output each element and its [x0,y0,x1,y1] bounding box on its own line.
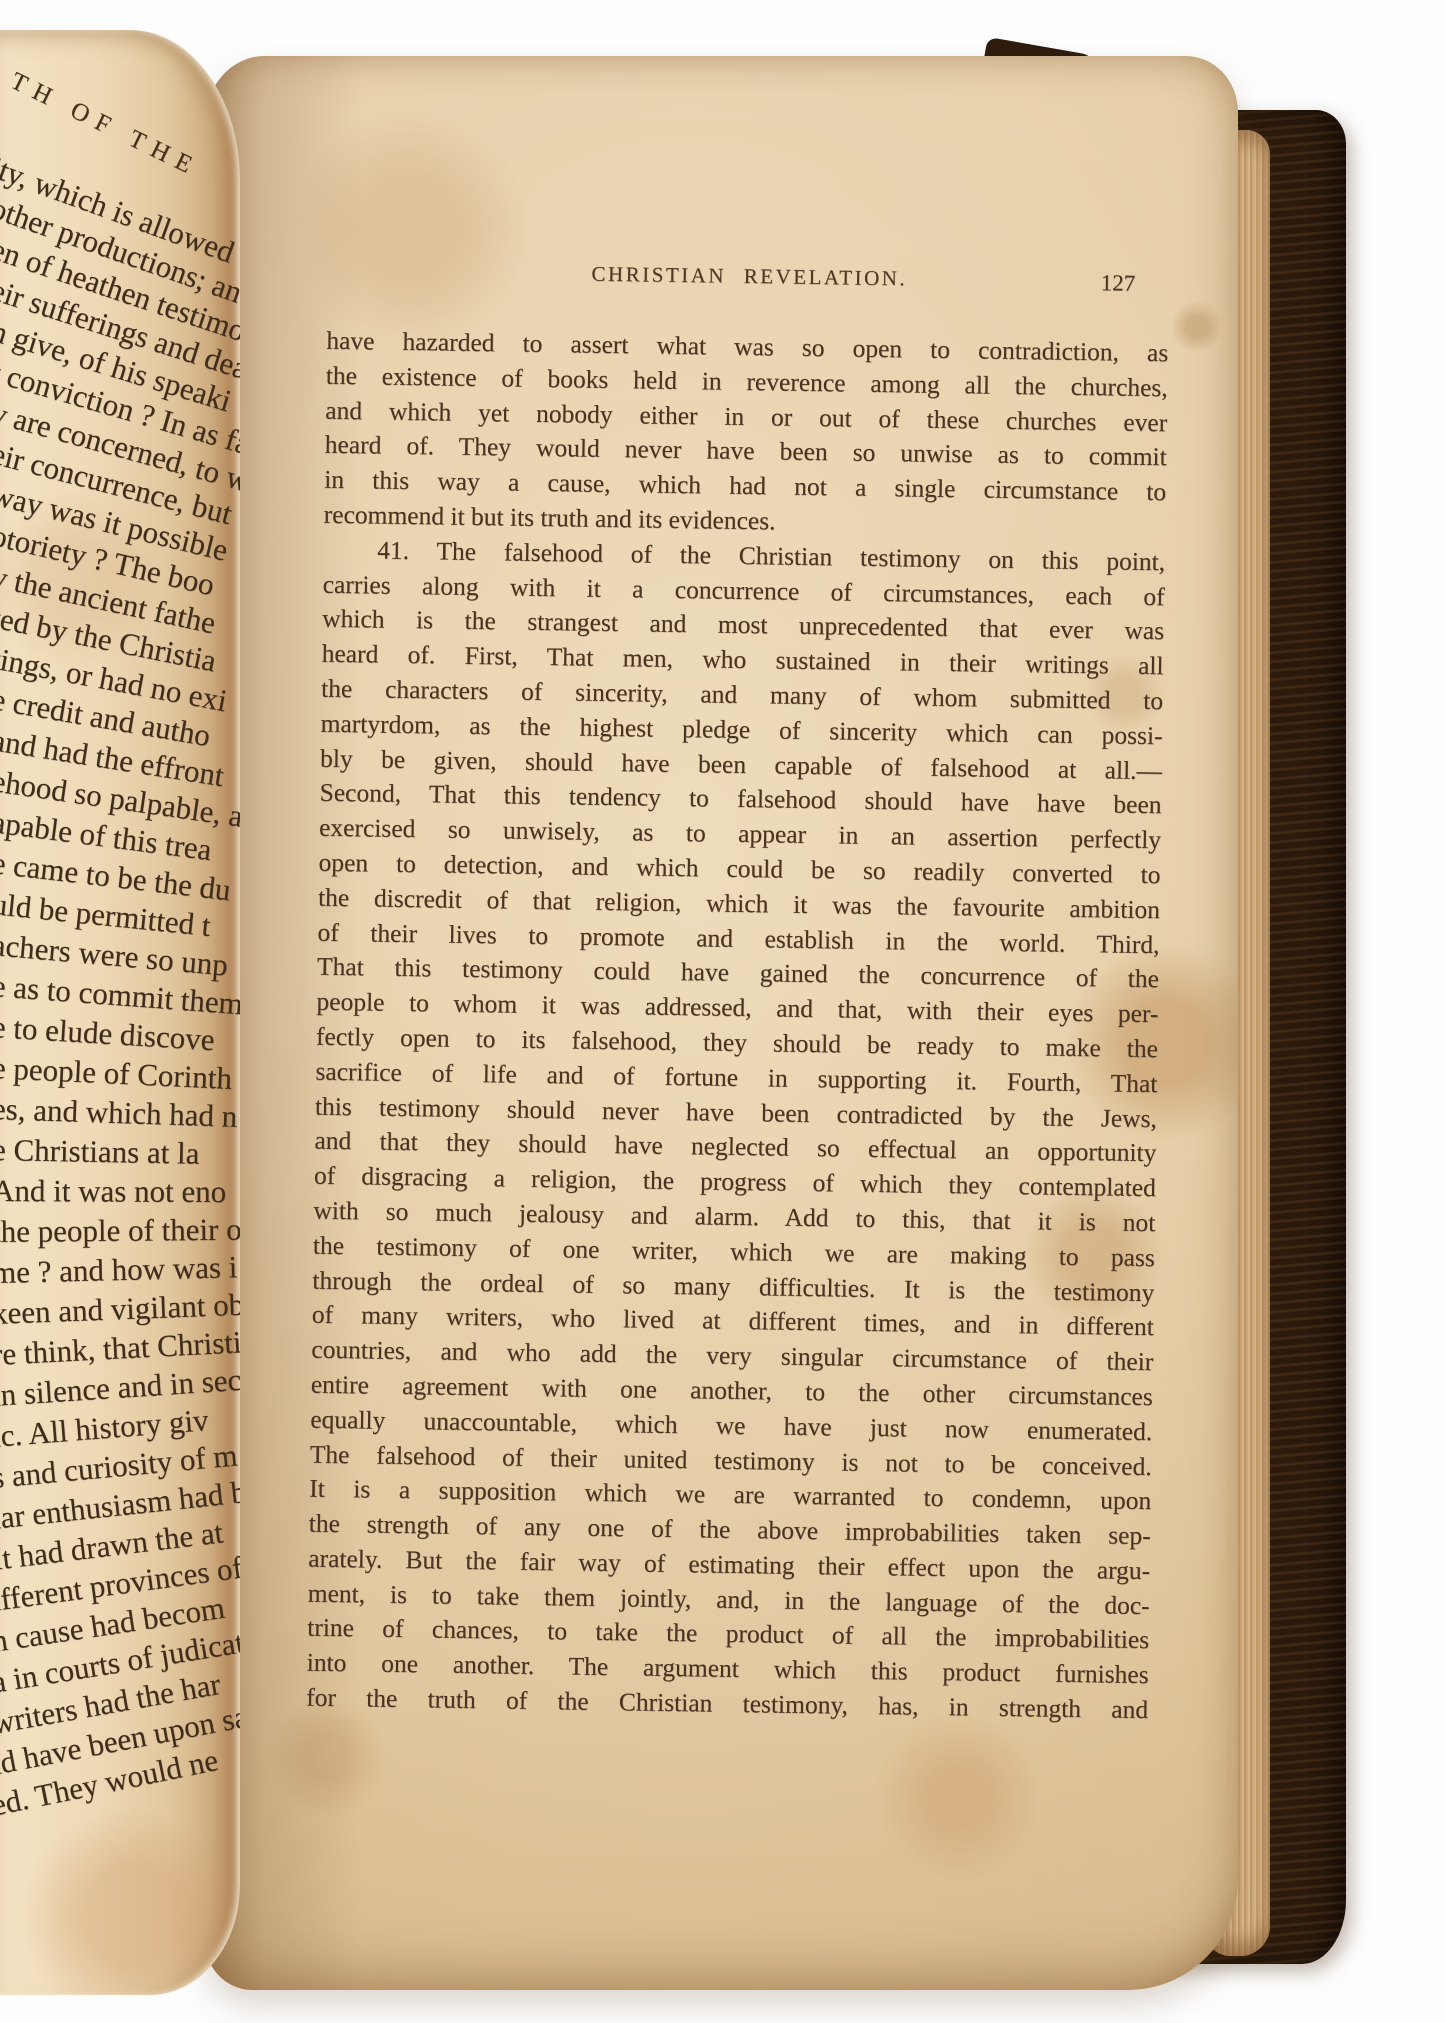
paragraph: 41. The falsehood of the Christian testi… [306,533,1165,1728]
page-number: 127 [329,259,1135,297]
left-page: TH OF THE ity, which is allowedother pro… [0,30,240,1995]
page-body-text: have hazarded to assert what was so open… [306,324,1169,1728]
right-page: CHRISTIAN REVELATION. 127 have hazarded … [204,56,1238,1990]
left-page-text-line: me ? and how was i [0,1249,238,1291]
left-page-text-line: es, and which had n [0,1091,238,1135]
paragraph: have hazarded to assert what was so open… [323,324,1168,545]
photo-background: TH OF THE ity, which is allowedother pro… [0,0,1445,2023]
left-page-text-line: the people of their o [0,1212,240,1250]
left-page-text-line: e Christians at la [0,1132,200,1172]
left-page-text: ity, which is allowedother productions; … [0,30,240,1995]
left-page-text-line: And it was not eno [0,1173,226,1210]
right-page-content: CHRISTIAN REVELATION. 127 have hazarded … [179,54,1242,2003]
